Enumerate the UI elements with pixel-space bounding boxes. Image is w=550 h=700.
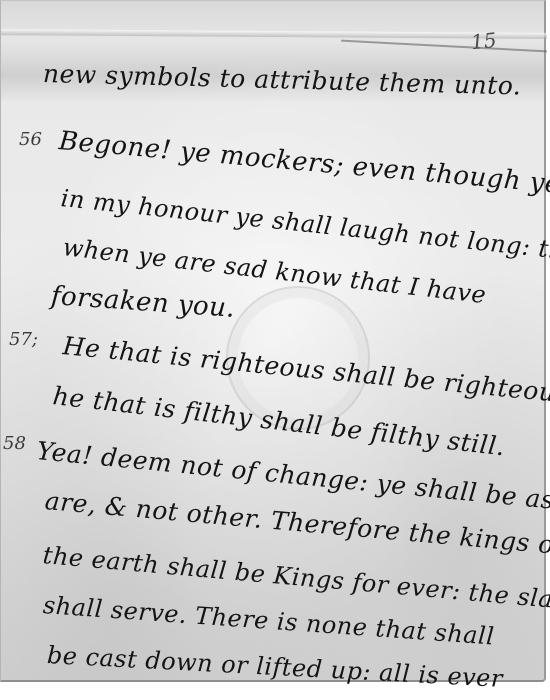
manuscript-line: be cast down or lifted up: all is ever bbox=[46, 641, 503, 693]
paper-fold-line bbox=[341, 40, 547, 53]
manuscript-page: 15 56 57; 58 new symbols to attribute th… bbox=[0, 0, 546, 682]
manuscript-line: new symbols to attribute them unto. bbox=[43, 59, 522, 101]
paper-fold-crease bbox=[1, 29, 547, 39]
verse-number-57: 57; bbox=[9, 329, 38, 350]
manuscript-line: forsaken you. bbox=[50, 281, 236, 324]
verse-number-58: 58 bbox=[3, 433, 26, 454]
verse-number-56: 56 bbox=[19, 129, 42, 150]
page-number: 15 bbox=[470, 28, 498, 55]
